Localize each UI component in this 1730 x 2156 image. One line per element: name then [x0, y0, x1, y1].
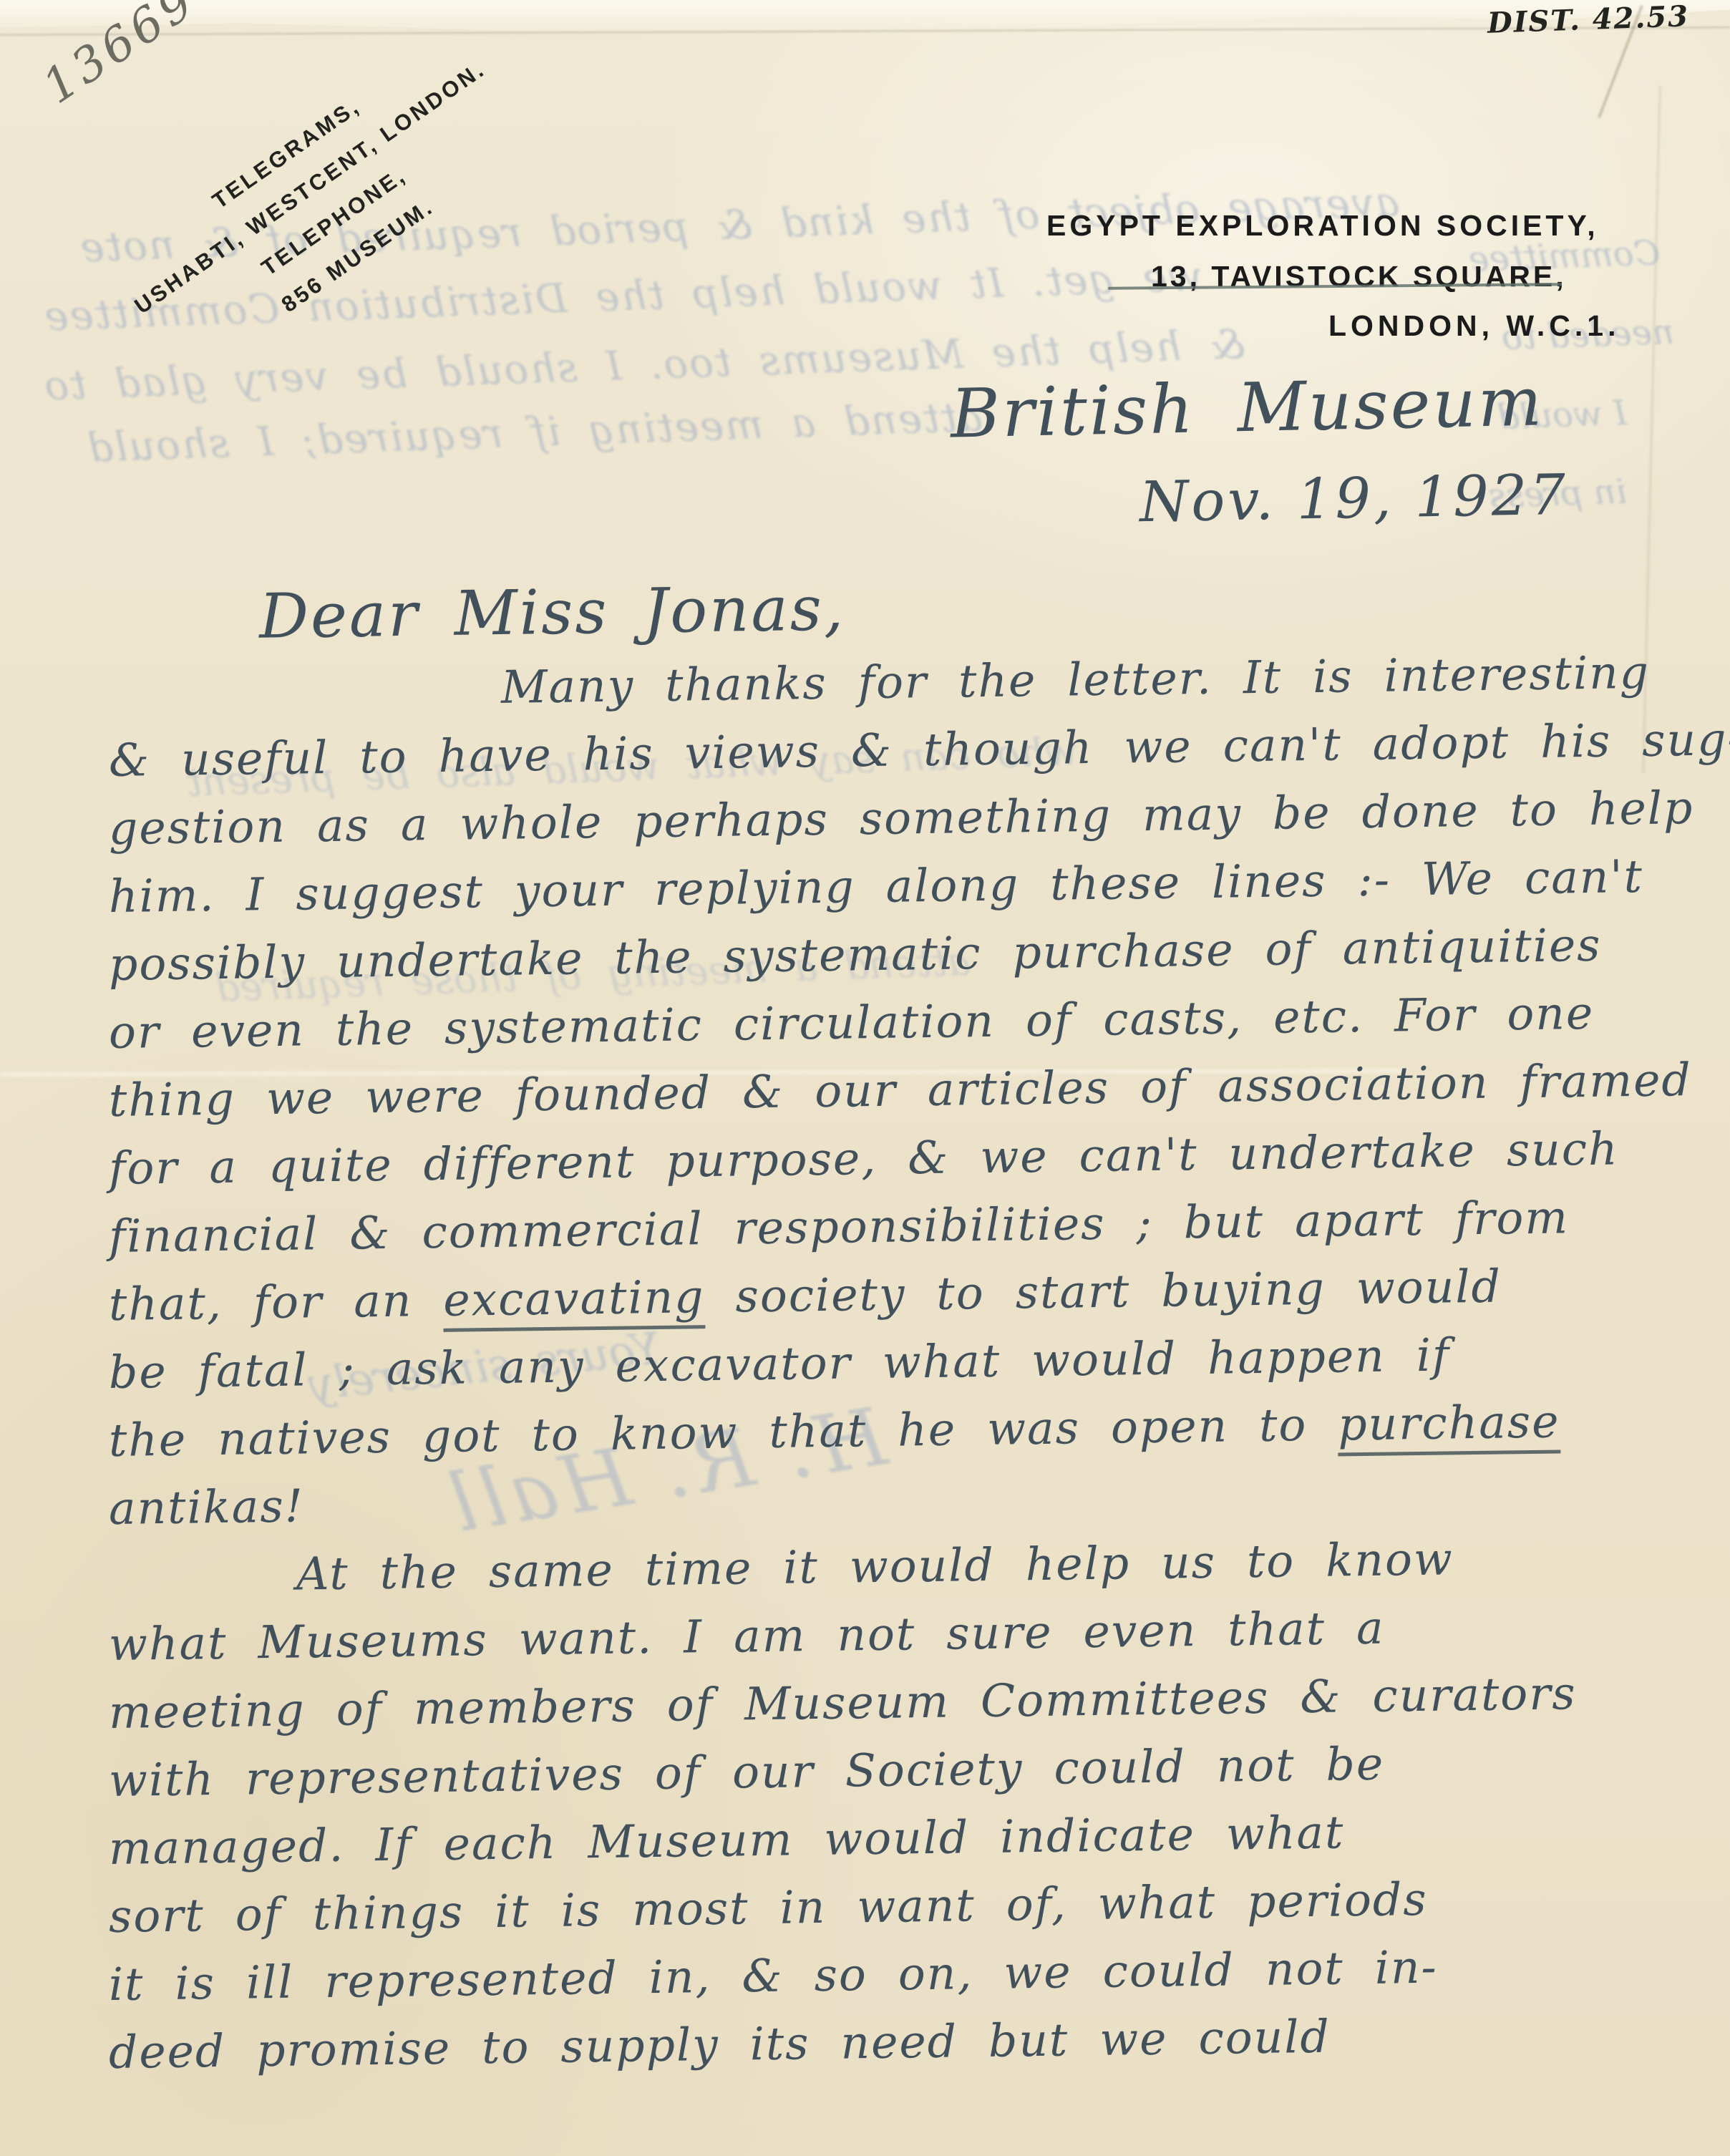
letter-line: it is ill represented in, & so on, we co…: [109, 1938, 1676, 2011]
scanned-letter-page: average object of the kind & period requ…: [0, 0, 1730, 2156]
letter-line: him. I suggest your replying along these…: [109, 850, 1676, 923]
letter-line: what Museums want. I am not sure even th…: [109, 1598, 1676, 1671]
letter-line: that, for an excavating society to start…: [109, 1258, 1676, 1331]
letter-line: gestion as a whole perhaps something may…: [109, 782, 1676, 855]
letter-line: the natives got to know that he was open…: [109, 1394, 1676, 1467]
letter-line: or even the systematic circulation of ca…: [109, 986, 1676, 1059]
letter-line: financial & commercial responsibilities …: [109, 1190, 1676, 1263]
letter-line: for a quite different purpose, & we can'…: [109, 1122, 1676, 1195]
letter-line: sort of things it is most in want of, wh…: [109, 1870, 1676, 1943]
letter-line: deed promise to supply its need but we c…: [109, 2006, 1676, 2079]
letter-line: managed. If each Museum would indicate w…: [109, 1802, 1676, 1875]
letter-line: be fatal ; ask any excavator what would …: [109, 1326, 1676, 1399]
letter-line: possibly undertake the systematic purcha…: [109, 918, 1676, 991]
letter-line: At the same time it would help us to kno…: [109, 1530, 1676, 1603]
letter-line: meeting of members of Museum Committees …: [109, 1666, 1676, 1739]
letter-body: Many thanks for the letter. It is intere…: [0, 0, 1730, 2156]
letter-line: & useful to have his views & though we c…: [109, 714, 1676, 787]
letter-line: antikas!: [109, 1462, 1676, 1535]
letter-line: thing we were founded & our articles of …: [109, 1054, 1676, 1127]
letter-line: Many thanks for the letter. It is intere…: [109, 646, 1676, 719]
letter-line: with representatives of our Society coul…: [109, 1734, 1676, 1807]
